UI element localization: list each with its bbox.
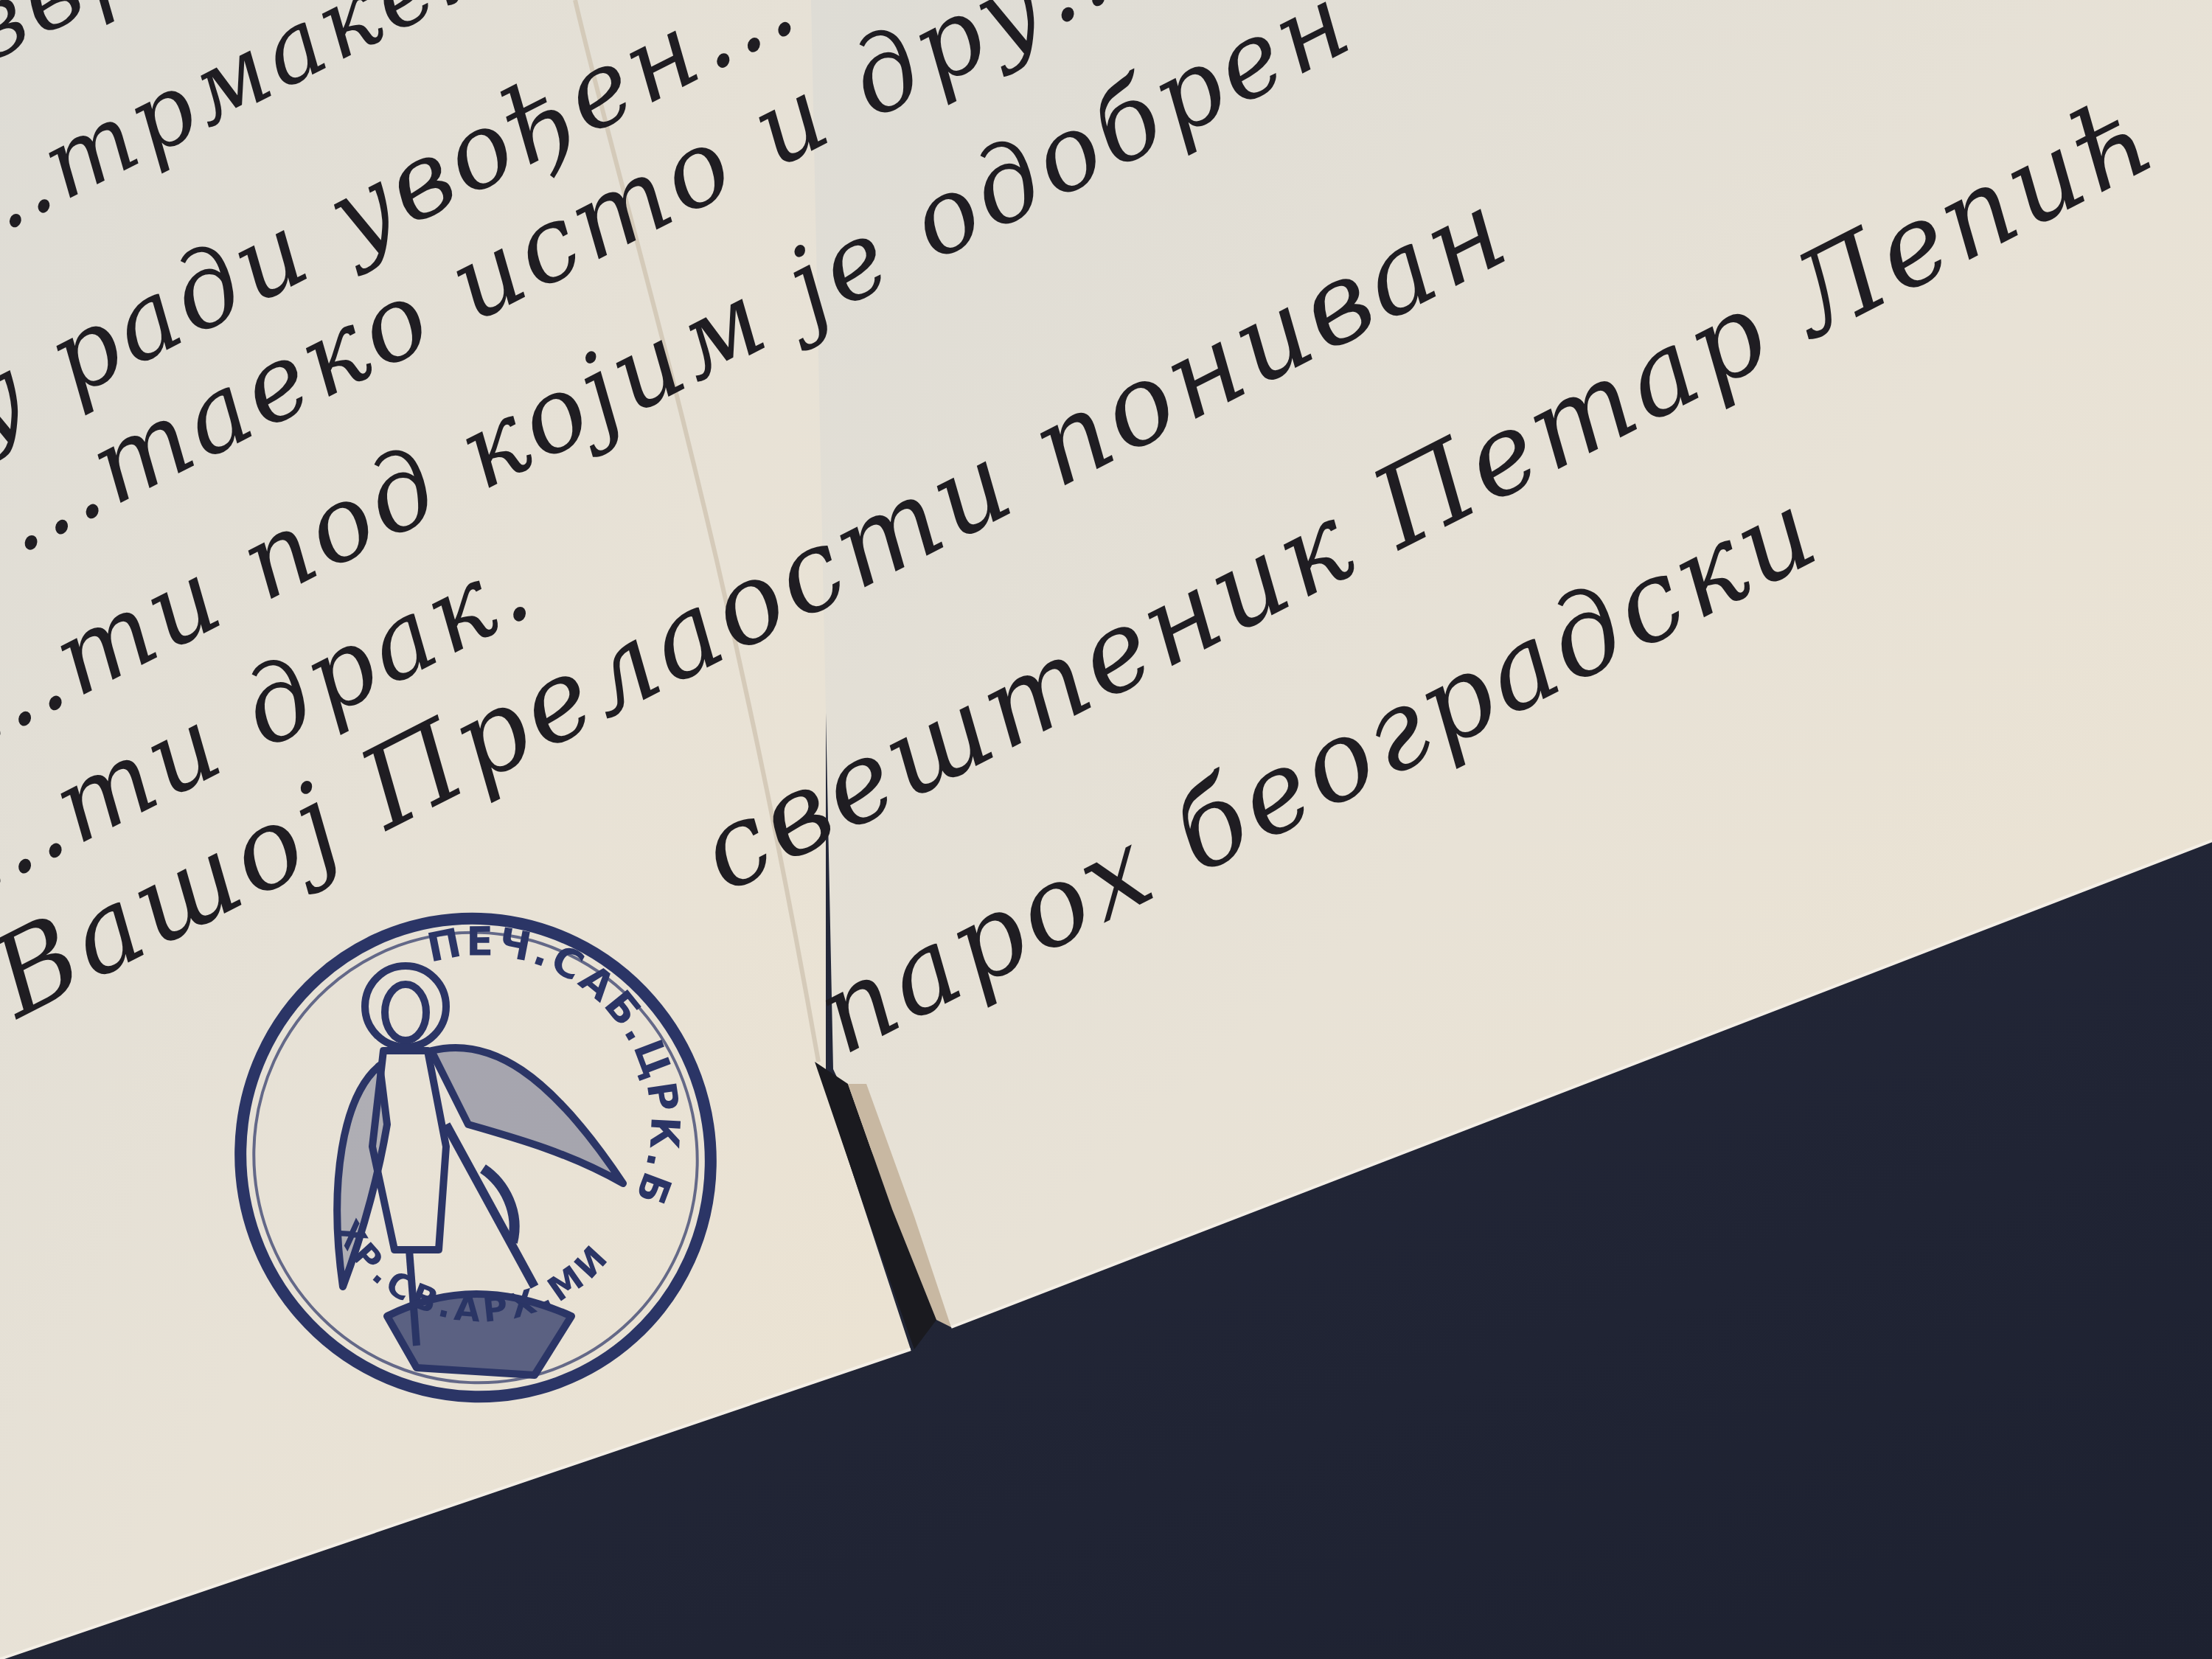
- archangel-emblem-icon: [337, 966, 623, 1375]
- letter-paper: зврш… …трмакемо… у ради увођен… …таеко и…: [0, 0, 2212, 1659]
- seal-icon: ПЕЧ.САБ.ЦРК.БЕОГРАДСКЕ ХР.СВ.АРХ.МИХАИЛА: [225, 903, 726, 1412]
- photo-scene: зврш… …трмакемо… у ради увођен… …таеко и…: [0, 0, 2212, 1659]
- church-seal-stamp: ПЕЧ.САБ.ЦРК.БЕОГРАДСКЕ ХР.СВ.АРХ.МИХАИЛА: [225, 903, 726, 1412]
